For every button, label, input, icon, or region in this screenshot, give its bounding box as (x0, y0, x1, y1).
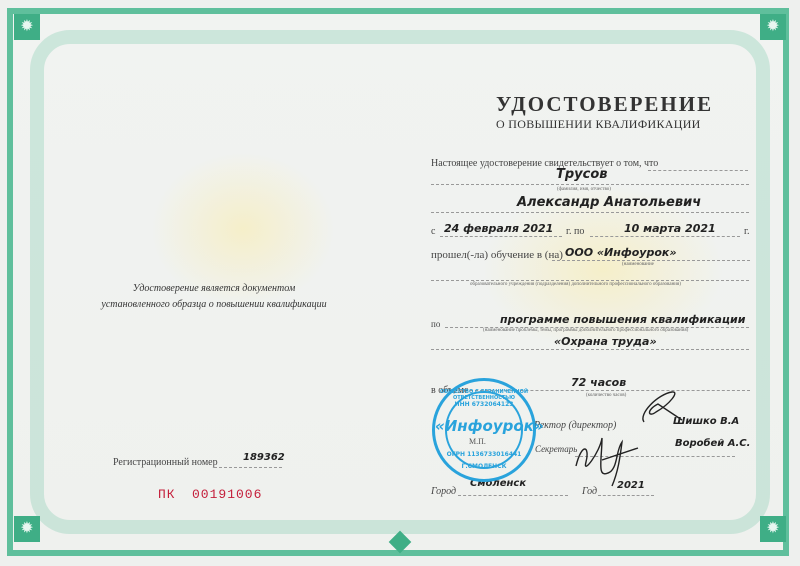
organization: ООО «Инфоурок» (565, 246, 677, 259)
certificate-subtitle: О ПОВЫШЕНИИ КВАЛИФИКАЦИИ (496, 117, 701, 132)
name-hint: (фамилия, имя, отчество) (557, 187, 611, 192)
reg-number: 189362 (243, 452, 285, 463)
given-names: Александр Анатольевич (517, 195, 701, 210)
certificate-title: УДОСТОВЕРЕНИЕ (496, 92, 713, 117)
reg-label: Регистрационный номер (113, 457, 218, 468)
stamp-city: Г.СМОЛЕНСК (435, 463, 533, 470)
trained-label: прошел(-ла) обучение в (на) (431, 249, 563, 261)
corner-ornament-icon: ✹ (14, 516, 40, 542)
validity-note: Удостоверение является документом устано… (94, 281, 334, 313)
surname: Трусов (556, 167, 608, 182)
program-name: «Охрана труда» (554, 335, 657, 348)
date-mid: г. по (566, 226, 584, 237)
director-label: Ректор (директор) (534, 420, 616, 431)
program-type: программе повышения квалификации (500, 313, 745, 326)
intro-text: Настоящее удостоверение свидетельствует … (431, 158, 658, 169)
stamp-top-text: ОБЩЕСТВО С ОГРАНИЧЕННОЙ ОТВЕТСТВЕННОСТЬЮ (435, 389, 533, 401)
by-label: по (431, 319, 440, 329)
hours: 72 часов (571, 376, 626, 389)
director-signature (636, 388, 686, 428)
secretary-name: Воробей А.С. (675, 438, 750, 449)
date-from-prefix: с (431, 226, 435, 237)
date-suffix: г. (744, 226, 749, 237)
year: 2021 (617, 480, 645, 491)
program-hint: (наименование проблемы, темы, программы … (483, 328, 688, 333)
stamp-ogrn: ОГРН 1136733016441 (435, 451, 533, 458)
corner-ornament-icon: ✹ (760, 14, 786, 40)
certificate-scan: ✹ ✹ ✹ ✹ УДОСТОВЕРЕНИЕ О ПОВЫШЕНИИ КВАЛИФ… (0, 0, 800, 566)
serial-series: ПК (158, 487, 176, 502)
hours-hint: (количество часов) (586, 393, 626, 398)
year-label: Год (582, 486, 597, 497)
validity-note-line-2: установленного образца о повышении квали… (94, 297, 334, 313)
serial-number: 00191006 (192, 487, 262, 502)
stamp-inn: ИНН 6732064123 (435, 401, 533, 408)
city-label: Город (431, 486, 456, 497)
date-from: 24 февраля 2021 (444, 222, 553, 235)
corner-ornament-icon: ✹ (760, 516, 786, 542)
organization-stamp: ОБЩЕСТВО С ОГРАНИЧЕННОЙ ОТВЕТСТВЕННОСТЬЮ… (432, 378, 536, 482)
validity-note-line-1: Удостоверение является документом (94, 281, 334, 297)
stamp-mp: М.П. (469, 437, 486, 446)
date-to: 10 марта 2021 (624, 222, 716, 235)
org-hint: (наименование (622, 262, 654, 267)
secretary-label: Секретарь (535, 444, 577, 454)
corner-ornament-icon: ✹ (14, 14, 40, 40)
org-hint-2: образовательного учреждения (подразделен… (470, 282, 681, 287)
stamp-brand: «Инфоурок» (435, 417, 533, 435)
